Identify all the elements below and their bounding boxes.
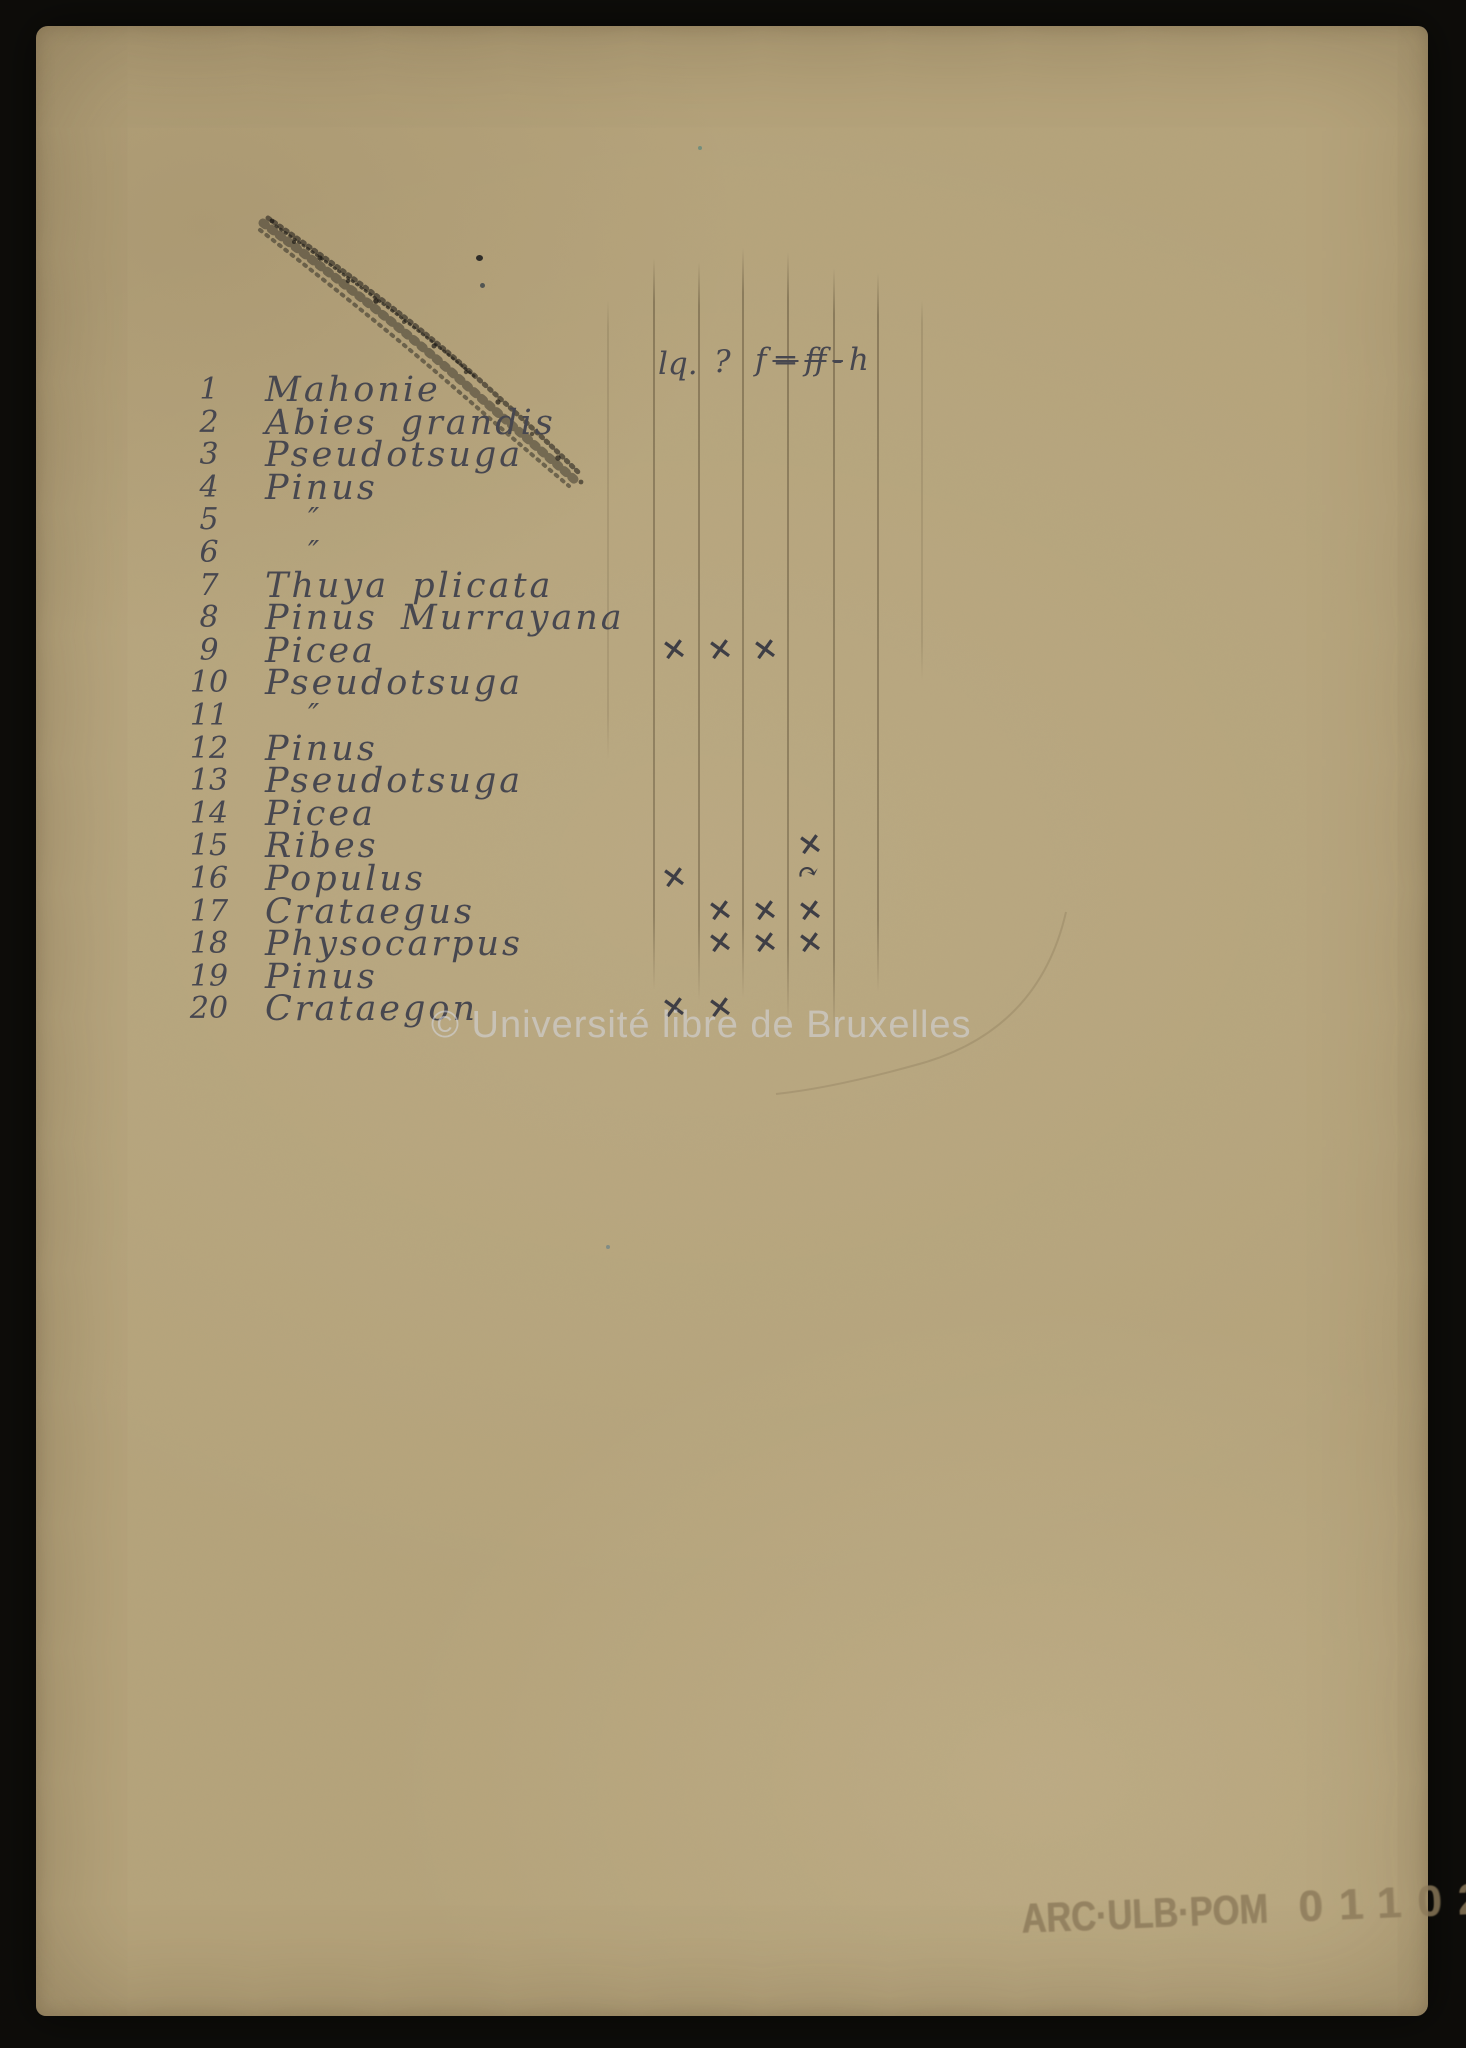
archive-stamp-label: ARC·ULB·POM <box>1020 1885 1269 1943</box>
ink-speck <box>606 1245 610 1249</box>
paper-sheet: lq. ? f=ff-h 1Mahonie2Abies grandis3Pseu… <box>36 26 1428 2016</box>
scanned-document: lq. ? f=ff-h 1Mahonie2Abies grandis3Pseu… <box>0 0 1466 2048</box>
ink-speck <box>480 283 485 288</box>
column-rule <box>742 248 744 998</box>
ink-speck <box>476 255 483 261</box>
x-mark: × <box>794 922 825 962</box>
formula-part: f <box>752 342 769 378</box>
x-mark: × <box>749 629 780 669</box>
x-mark: × <box>658 629 689 669</box>
x-mark: × <box>704 922 735 962</box>
archive-stamp-number: 01102 <box>1297 1874 1466 1932</box>
ink-speck <box>698 146 702 150</box>
header-annotation-formula: f=ff-h <box>752 342 872 378</box>
formula-part: h <box>846 342 872 378</box>
x-mark: × <box>749 922 780 962</box>
column-rule <box>833 268 835 1035</box>
watermark: © Université libre de Bruxelles <box>431 1004 972 1047</box>
archive-stamp: ARC·ULB·POM 01102 <box>1020 1874 1466 1944</box>
formula-part: = <box>769 342 801 378</box>
formula-part: ff <box>801 342 829 378</box>
column-rule <box>877 273 879 992</box>
row-number: 20 <box>174 990 244 1028</box>
column-rule <box>921 300 923 680</box>
x-mark: × <box>704 629 735 669</box>
formula-part: - <box>829 342 845 378</box>
x-mark: × <box>658 857 689 897</box>
